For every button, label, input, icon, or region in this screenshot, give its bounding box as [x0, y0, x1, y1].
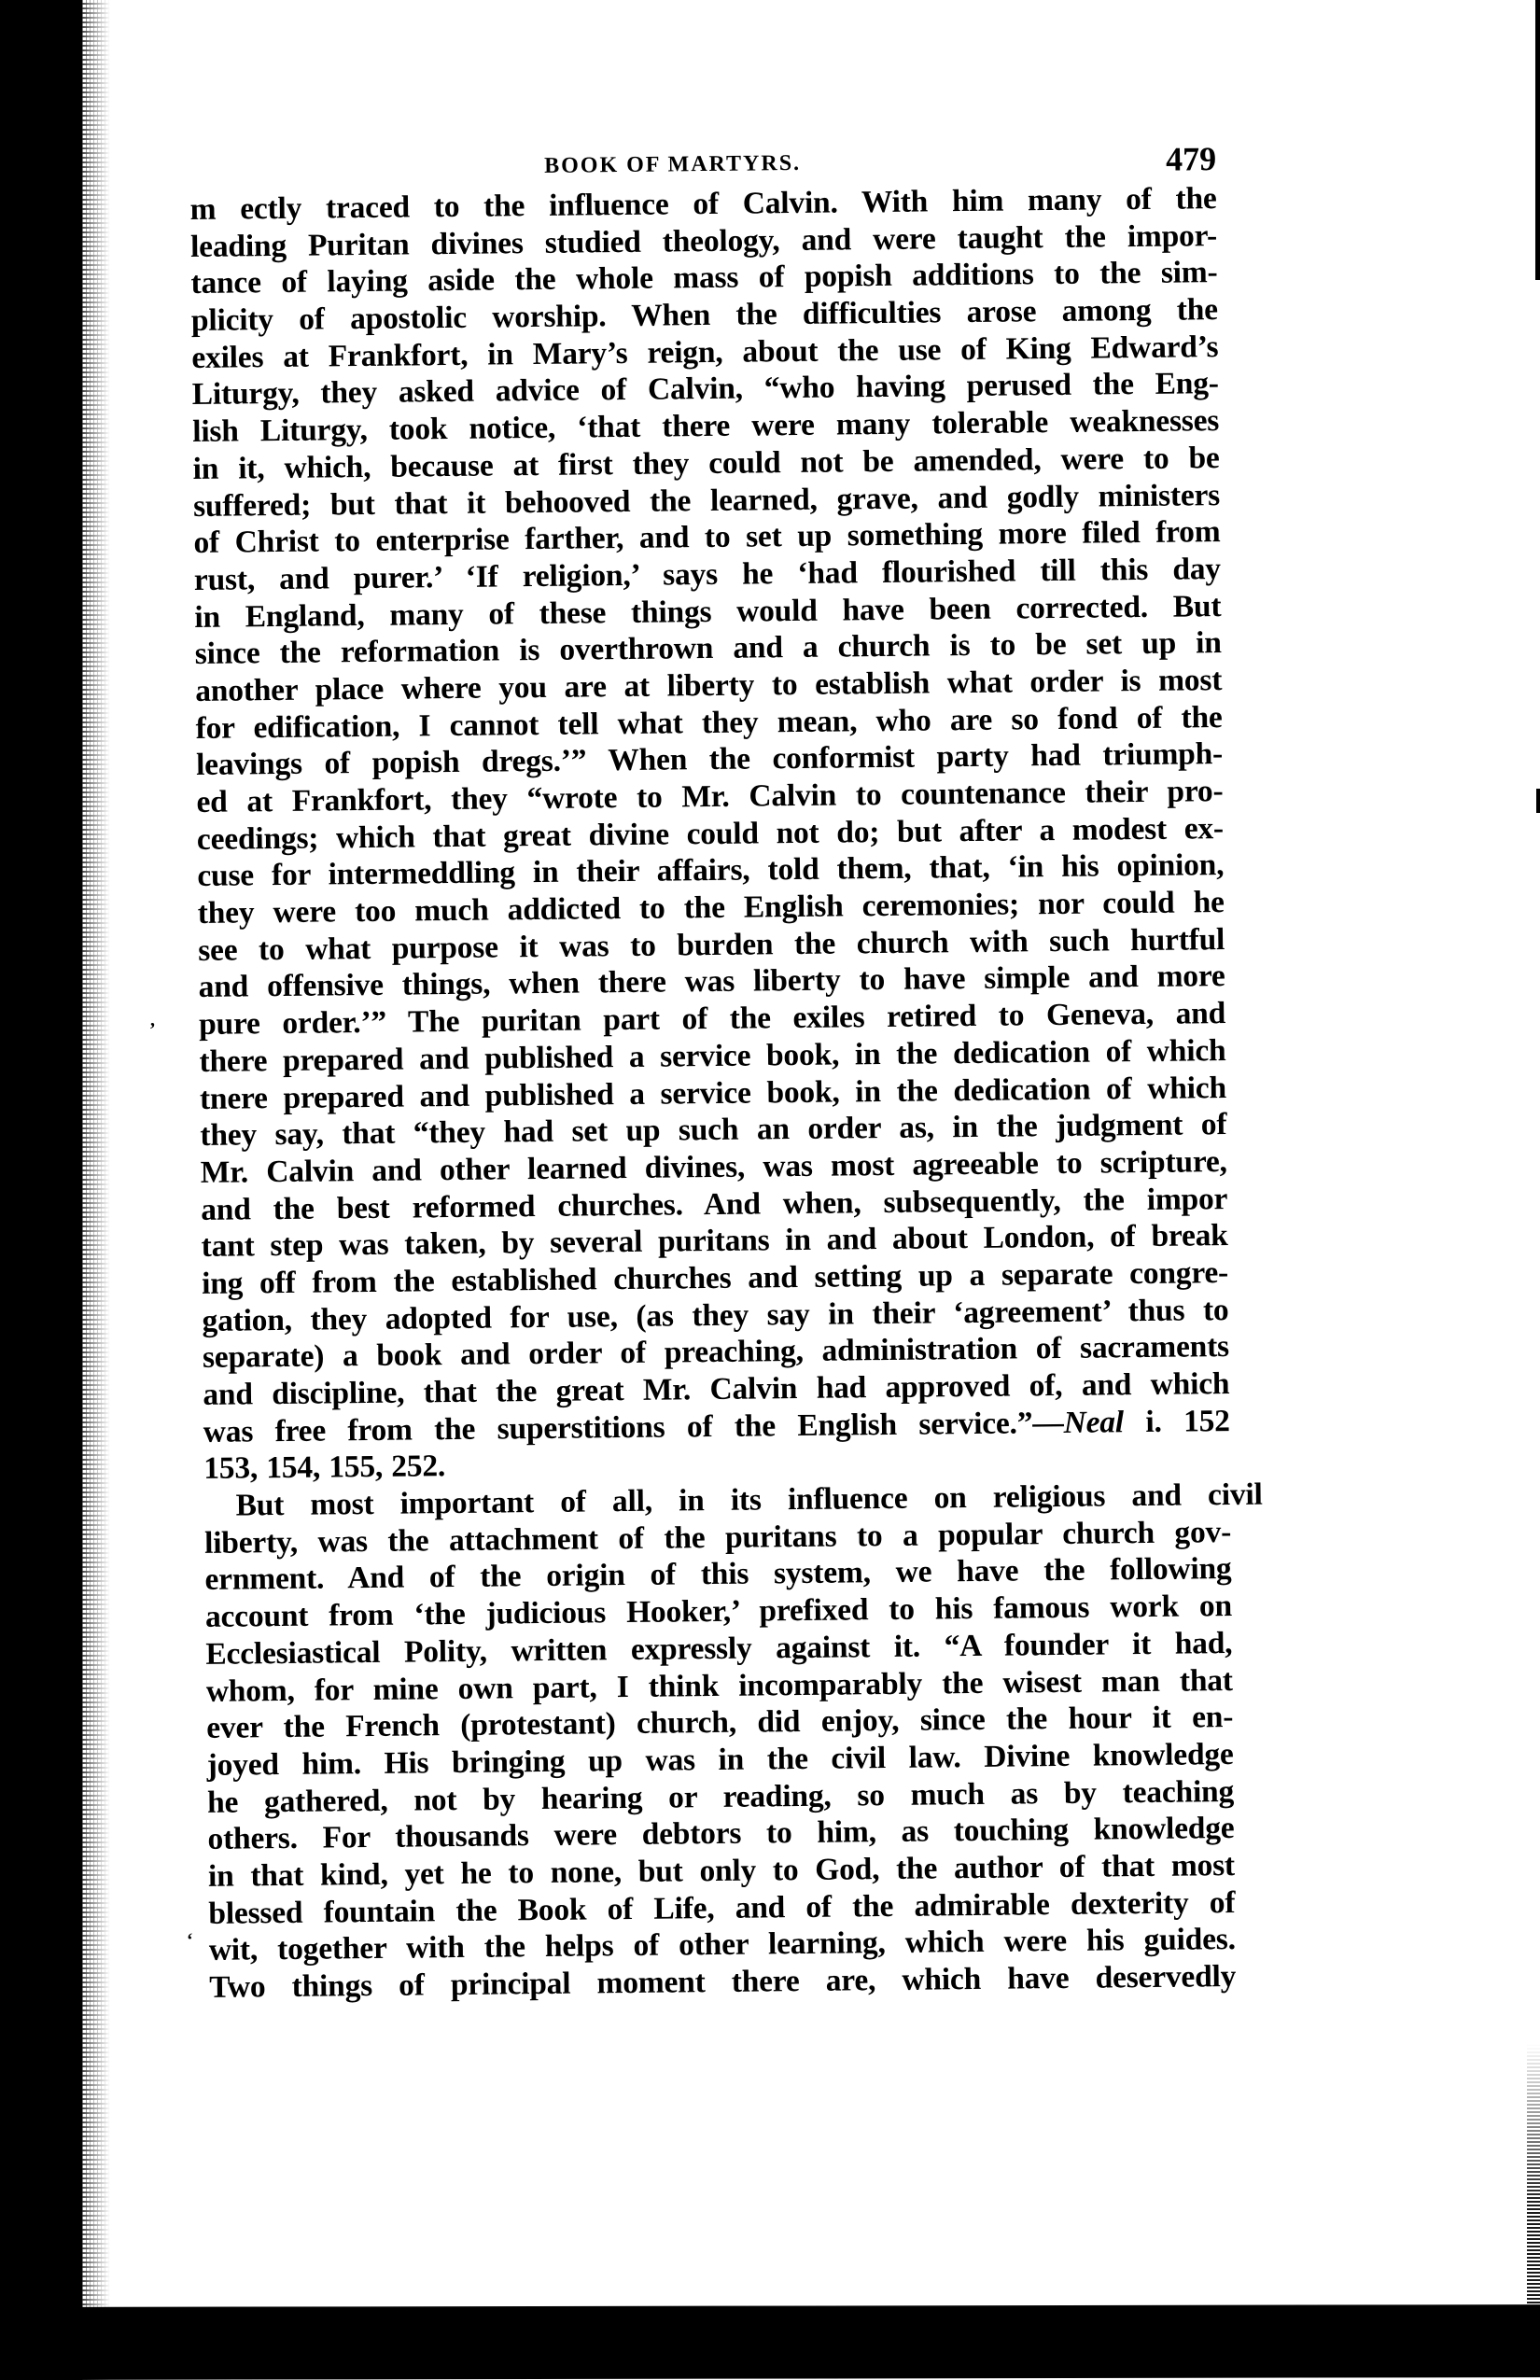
scan-edge-bottom	[0, 2304, 1540, 2380]
scan-edge-right-top	[1535, 0, 1540, 280]
running-title: BOOK OF MARTYRS.	[544, 151, 801, 179]
margin-mark: ’	[149, 1019, 156, 1041]
page-number: 479	[1166, 139, 1216, 179]
citation-author: Neal	[1063, 1405, 1124, 1440]
citation-ref: i. 152	[1124, 1404, 1230, 1439]
paragraph-1: m ectly traced to the influence of Calvi…	[189, 180, 1229, 1414]
margin-mark: ‘	[187, 1930, 193, 1952]
scan-edge-right-mark	[1536, 789, 1540, 813]
scan-edge-left-fringe	[78, 0, 110, 2380]
scan-edge-left	[0, 0, 82, 2380]
body-text: m ectly traced to the influence of Calvi…	[189, 180, 1236, 2006]
scan-edge-right-bottom	[1527, 2044, 1540, 2315]
paragraph-2: But most important of all, in its influe…	[203, 1477, 1236, 2006]
book-page: BOOK OF MARTYRS. 479 m ectly traced to t…	[189, 143, 1236, 2006]
